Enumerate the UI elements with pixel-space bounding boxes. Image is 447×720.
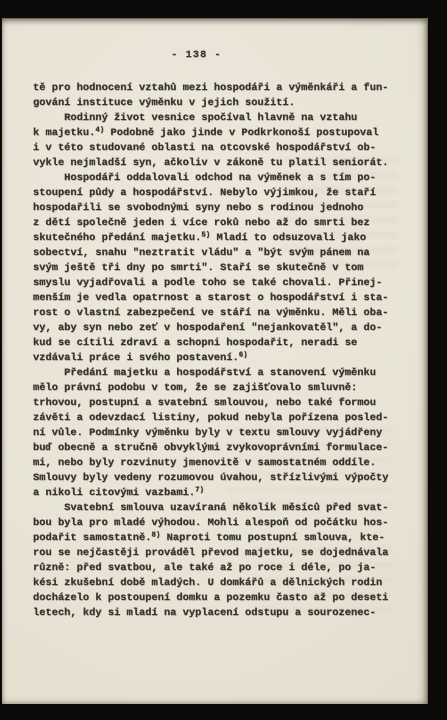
text-line: smyslu vyjadřovali a podle toho se také … bbox=[33, 276, 403, 291]
text-line: svým ještě tři dny po smrti". Staří se s… bbox=[33, 261, 403, 276]
text-line: Smlouvy byly vedeny rozumovou úvahou, st… bbox=[33, 471, 403, 486]
text-line: hospodařili se svobodnými syny nebo s ro… bbox=[33, 201, 403, 216]
text-line: gování instituce výměnku v jejich soužit… bbox=[33, 96, 403, 111]
text-line: docházelo k postoupení domku a pozemku č… bbox=[33, 591, 403, 606]
text-line: stoupení půdy a hospodářství. Nebylo výj… bbox=[33, 186, 403, 201]
book-page: - 138 - tě pro hodnocení vztahů mezi hos… bbox=[2, 18, 428, 704]
text-segment: a nikoli citovými vazbami. bbox=[33, 487, 195, 499]
text-segment: Podobně jako jinde v Podkrkonoší postupo… bbox=[104, 127, 378, 139]
text-line: rou se nejčastěji prováděl převod majetk… bbox=[33, 546, 403, 561]
page-text: tě pro hodnocení vztahů mezi hospodáři a… bbox=[33, 81, 403, 621]
text-line: skutečného předání majetku.5) Mladí to o… bbox=[33, 231, 403, 246]
text-line: podařit samostatně.8) Naproti tomu postu… bbox=[33, 531, 403, 546]
text-line: Předání majetku a hospodářství a stanove… bbox=[33, 366, 403, 381]
text-line: bou byla pro mladé výhodou. Mohli alespo… bbox=[33, 516, 403, 531]
text-line: vykle nejmladší syn, ačkoliv v zákoně tu… bbox=[33, 156, 403, 171]
text-line: závěti a odevzdací listiny, pokud nebyla… bbox=[33, 411, 403, 426]
text-line: Rodinný život vesnice spočíval hlavně na… bbox=[33, 111, 403, 126]
text-segment: skutečného předání majetku. bbox=[33, 232, 201, 244]
text-line: menším je vedla opatrnost a starost o ho… bbox=[33, 291, 403, 306]
text-line: ní vůle. Podmínky výměnku byly v textu s… bbox=[33, 426, 403, 441]
footnote-ref: 5) bbox=[201, 232, 210, 240]
scanned-book-photo: - 138 - tě pro hodnocení vztahů mezi hos… bbox=[0, 0, 447, 720]
text-line: mělo právní podobu v tom, že se zajišťov… bbox=[33, 381, 403, 396]
text-segment: Mladí to odsuzovali jako bbox=[210, 232, 366, 244]
text-line: Hospodáři oddalovali odchod na výměnek a… bbox=[33, 171, 403, 186]
text-line: rost o vlastní zabezpečení ve stáří na v… bbox=[33, 306, 403, 321]
text-line: a nikoli citovými vazbami.7) bbox=[33, 486, 403, 501]
footnote-ref: 4) bbox=[95, 127, 104, 135]
text-line: tě pro hodnocení vztahů mezi hospodáři a… bbox=[33, 81, 403, 96]
text-line: letech, kdy si mladí na vyplacení odstup… bbox=[33, 606, 403, 621]
text-segment: vzdávali práce i svého postavení. bbox=[33, 352, 239, 364]
text-line: i v této studované oblasti na otcovské h… bbox=[33, 141, 403, 156]
text-segment: podařit samostatně. bbox=[33, 532, 151, 544]
text-line: buď obecně a stručně obvyklými zvykovopr… bbox=[33, 441, 403, 456]
footnote-ref: 6) bbox=[239, 352, 248, 360]
text-line: z dětí společně jeden i více roků nebo a… bbox=[33, 216, 403, 231]
text-line: různě: před svatbou, ale také až po roce… bbox=[33, 561, 403, 576]
text-line: sobectví, snahu "neztratit vládu" a "být… bbox=[33, 246, 403, 261]
text-line: vy, aby syn nebo zeť v hospodaření "neja… bbox=[33, 321, 403, 336]
footnote-ref: 7) bbox=[195, 487, 204, 495]
page-number: - 138 - bbox=[171, 49, 222, 61]
text-line: vzdávali práce i svého postavení.6) bbox=[33, 351, 403, 366]
text-line: k majetku.4) Podobně jako jinde v Podkrk… bbox=[33, 126, 403, 141]
text-line: trhovou, postupní a svatební smlouvou, n… bbox=[33, 396, 403, 411]
text-line: kud se cítili zdraví a schopni hospodaři… bbox=[33, 336, 403, 351]
text-segment: Naproti tomu postupní smlouva, kte- bbox=[160, 532, 384, 544]
text-line: Svatební smlouva uzavíraná několik měsíc… bbox=[33, 501, 403, 516]
text-line: mi, nebo byly rozvinuty jmenovitě v samo… bbox=[33, 456, 403, 471]
text-segment: k majetku. bbox=[33, 127, 95, 139]
text-line: kési zkušební době mladých. U domkářů a … bbox=[33, 576, 403, 591]
